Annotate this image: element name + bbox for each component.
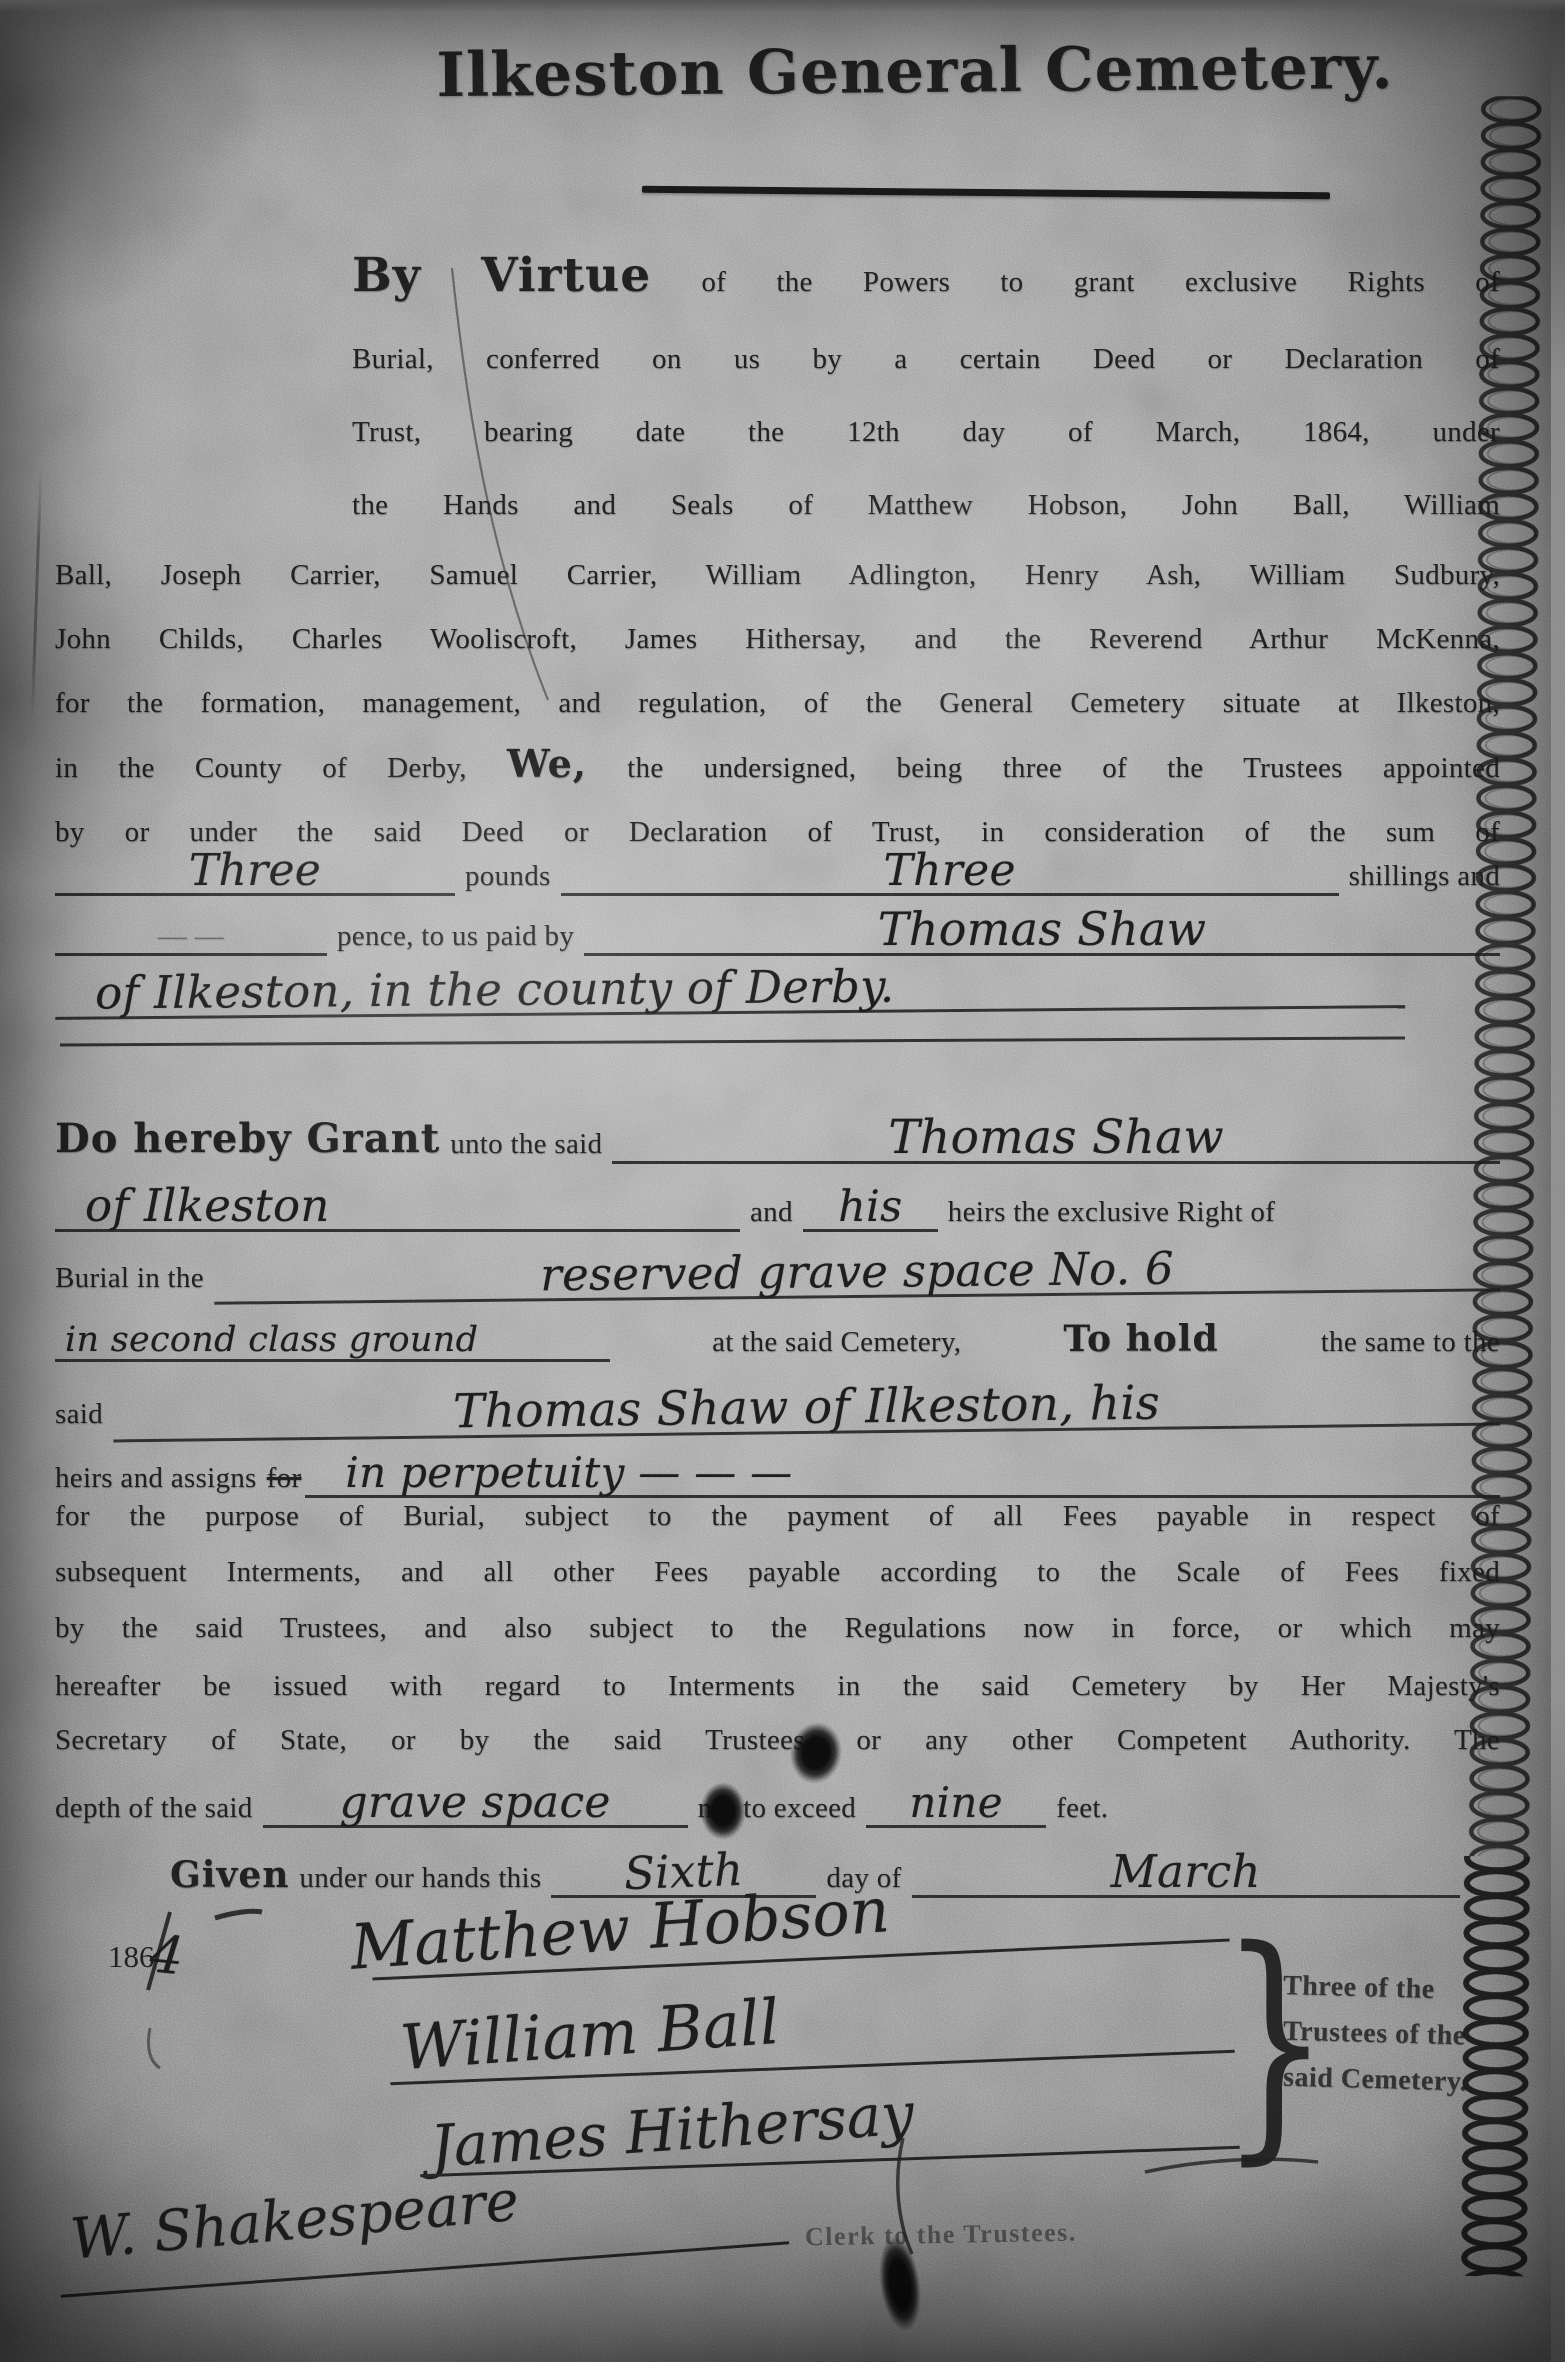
pounds-value-handwriting: Three <box>189 845 321 896</box>
residence-line: of Ilkeston, in the county of Derby. <box>55 942 1406 1020</box>
page-top-edge <box>0 0 1565 12</box>
tenure-handwriting: in perpetuity — — — <box>345 1448 792 1497</box>
ink-blot <box>700 1782 746 1840</box>
holder-handwriting: Thomas Shaw of Ilkeston, his <box>453 1376 1161 1440</box>
we-line-pre: in the County of Derby, <box>55 752 467 784</box>
grave-space-handwriting: grave space <box>339 1777 610 1828</box>
terms-line-4: hereafter be issued with regard to Inter… <box>55 1666 1500 1706</box>
we-blackletter-word: We, <box>507 741 587 786</box>
to-hold-blackletter: To hold <box>1063 1318 1218 1362</box>
grave-description-blank: reserved grave space No. 6 <box>214 1238 1501 1304</box>
grantee-blank: Thomas Shaw <box>612 1110 1500 1164</box>
terms-line-3: by the said Trustees, and also subject t… <box>55 1608 1500 1648</box>
and-label: and <box>740 1196 803 1232</box>
pence-blank: — — <box>55 920 327 956</box>
possessive-handwriting: his <box>838 1182 902 1232</box>
brace-note-line-2: Trustees of the <box>1283 2016 1466 2053</box>
empty-blank-rule <box>60 1036 1405 1046</box>
residence-handwriting: of Ilkeston, in the county of Derby. <box>95 960 895 1020</box>
same-label: the same to the <box>1311 1326 1500 1362</box>
shillings-label: shillings and <box>1339 860 1500 896</box>
grant-heading-line: Do hereby Grant unto the said Thomas Sha… <box>55 1096 1500 1164</box>
feet-label: feet. <box>1046 1792 1118 1828</box>
holder-blank: Thomas Shaw of Ilkeston, his <box>113 1372 1501 1443</box>
signature-clerk: W. Shakespeare <box>68 2169 521 2273</box>
ground-class-handwriting: in second class ground <box>65 1320 478 1360</box>
brace-note-line-3: said Cemetery. <box>1283 2062 1468 2099</box>
terms-line-1: for the purpose of Burial, subject to th… <box>55 1496 1500 1536</box>
preamble-text: of the Powers to grant exclusive Rights … <box>701 266 1500 298</box>
preamble-line-7: for the formation, management, and regul… <box>55 677 1500 729</box>
clerk-label: Clerk to the Trustees. <box>805 2218 1077 2253</box>
tenure-line: heirs and assigns for in perpetuity — — … <box>55 1436 1500 1498</box>
opening-blackletter-word: By Virtue <box>352 248 651 303</box>
unto-label: unto the said <box>440 1128 612 1164</box>
nine-handwriting: nine <box>909 1778 1003 1827</box>
year: 1864 <box>108 1920 184 1980</box>
year-written-handwriting: 4 <box>147 1924 186 1987</box>
preamble-line-3: Trust, bearing date the 12th day of Marc… <box>352 406 1500 458</box>
grant-heading-blackletter: Do hereby Grant <box>55 1115 440 1164</box>
preamble-line-5: Ball, Joseph Carrier, Samuel Carrier, Wi… <box>55 549 1500 601</box>
ground-class-blank: in second class ground <box>55 1320 610 1362</box>
preamble-line-8: in the County of Derby, We, the undersig… <box>55 738 1500 794</box>
brace-note-line-1: Three of the <box>1283 1970 1435 2006</box>
money-line: Three pounds Three shillings and <box>55 838 1500 896</box>
grantee-residence-blank: of Ilkeston <box>55 1179 740 1232</box>
depth-line: depth of the said grave space not to exc… <box>55 1768 1500 1828</box>
shillings-blank: Three <box>561 845 1339 896</box>
pence-blank-dashes: — — <box>158 920 224 953</box>
title-underline-decoration <box>642 186 1330 200</box>
depth-pre-label: depth of the said <box>55 1792 263 1828</box>
page-crease-decoration <box>30 465 42 725</box>
terms-line-5: Secretary of State, or by the said Trust… <box>55 1720 1500 1760</box>
month-handwriting: March <box>1111 1845 1261 1898</box>
depth-blank-2: nine <box>866 1778 1046 1828</box>
preamble-line-6: John Childs, Charles Wooliscroft, James … <box>55 613 1500 665</box>
at-cemetery-label: at the said Cemetery, <box>702 1326 971 1362</box>
document-page: Ilkeston General Cemetery. By Virtue of … <box>0 0 1565 2362</box>
ground-class-line: in second class ground at the said Cemet… <box>55 1302 1500 1362</box>
burial-label: Burial in the <box>55 1262 214 1298</box>
pounds-blank: Three <box>55 845 455 896</box>
given-blackletter: Given <box>170 1854 289 1898</box>
struck-word: for <box>267 1462 306 1498</box>
month-blank: March <box>912 1845 1460 1898</box>
shillings-value-handwriting: Three <box>883 845 1015 896</box>
preamble-line-1: By Virtue of the Powers to grant exclusi… <box>352 250 1500 308</box>
possessive-blank: his <box>803 1182 938 1232</box>
said-label: said <box>55 1398 113 1434</box>
grave-description-line: Burial in the reserved grave space No. 6 <box>55 1234 1500 1298</box>
preamble-line-4: the Hands and Seals of Matthew Hobson, J… <box>352 479 1500 531</box>
tenure-blank: in perpetuity — — — <box>305 1448 1500 1498</box>
terms-line-2: subsequent Interments, and all other Fee… <box>55 1552 1500 1592</box>
holder-line: said Thomas Shaw of Ilkeston, his <box>55 1368 1500 1434</box>
given-label: under our hands this <box>289 1862 551 1898</box>
grave-description-handwriting: reserved grave space No. 6 <box>540 1242 1174 1302</box>
page-right-edge <box>1551 0 1565 2362</box>
document-title: Ilkeston General Cemetery. <box>420 32 1411 112</box>
we-line-post: the undersigned, being three of the Trus… <box>627 752 1500 784</box>
grantee-name-handwriting: Thomas Shaw <box>888 1110 1224 1165</box>
heirs-assigns-label: heirs and assigns <box>55 1462 267 1498</box>
grantee-residence-line: of Ilkeston and his heirs the exclusive … <box>55 1168 1500 1232</box>
preamble-line-2: Burial, conferred on us by a certain Dee… <box>352 333 1500 385</box>
depth-blank-1: grave space <box>263 1777 688 1828</box>
residence-blank: of Ilkeston, in the county of Derby. <box>55 955 1405 1020</box>
grantee-residence-handwriting: of Ilkeston <box>85 1179 330 1232</box>
pounds-label: pounds <box>455 860 561 896</box>
year-printed: 186 <box>108 1939 155 1974</box>
heirs-label: heirs the exclusive Right of <box>938 1196 1275 1232</box>
